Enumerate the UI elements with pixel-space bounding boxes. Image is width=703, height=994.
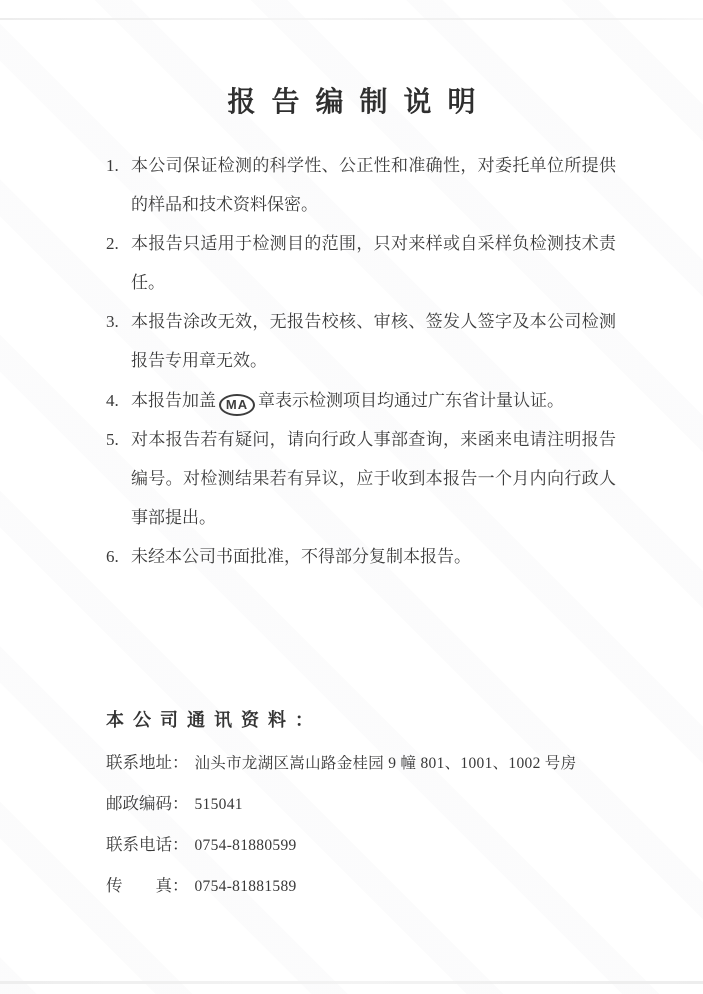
contact-label: 邮政编码： — [106, 790, 189, 814]
contact-label: 联系地址： — [106, 749, 189, 773]
note-text: 本报告涂改无效，无报告校核、审核、签发人签字及本公司检测报告专用章无效。 — [131, 302, 616, 380]
note-item-4: 4. 本报告加盖MA章表示检测项目均通过广东省计量认证。 — [106, 381, 616, 420]
note-number: 6. — [106, 537, 131, 576]
note-item-3: 3. 本报告涂改无效，无报告校核、审核、签发人签字及本公司检测报告专用章无效。 — [106, 302, 616, 380]
note-text: 本报告只适用于检测目的范围，只对来样或自采样负检测技术责任。 — [131, 224, 616, 302]
note-item-6: 6. 未经本公司书面批准，不得部分复制本报告。 — [106, 537, 616, 576]
cma-certification-mark: MA — [219, 394, 255, 416]
notes-list: 1. 本公司保证检测的科学性、公正性和准确性，对委托单位所提供的样品和技术资料保… — [106, 146, 616, 576]
note-item-5: 5. 对本报告若有疑问，请向行政人事部查询，来函来电请注明报告编号。对检测结果若… — [106, 420, 616, 537]
note-number: 1. — [106, 146, 131, 185]
note-text: 未经本公司书面批准，不得部分复制本报告。 — [131, 537, 616, 576]
contact-row-postcode: 邮政编码： 515041 — [106, 790, 646, 814]
note-number: 4. — [106, 381, 131, 420]
document-page: 报告编制说明 1. 本公司保证检测的科学性、公正性和准确性，对委托单位所提供的样… — [0, 0, 703, 994]
contact-label: 联系电话： — [106, 831, 189, 855]
note-text: 本报告加盖MA章表示检测项目均通过广东省计量认证。 — [131, 381, 616, 420]
contact-row-phone: 联系电话： 0754-81880599 — [106, 831, 646, 855]
contact-value: 0754-81881589 — [195, 878, 297, 896]
contact-value: 0754-81880599 — [195, 837, 297, 855]
contact-row-address: 联系地址： 汕头市龙湖区嵩山路金桂园 9 幢 801、1001、1002 号房 — [106, 749, 646, 773]
note-text: 对本报告若有疑问，请向行政人事部查询，来函来电请注明报告编号。对检测结果若有异议… — [131, 420, 616, 537]
contact-value: 515041 — [195, 796, 243, 814]
scan-edge-top — [0, 18, 703, 20]
note-text-before-mark: 本报告加盖 — [131, 391, 216, 410]
note-text: 本公司保证检测的科学性、公正性和准确性，对委托单位所提供的样品和技术资料保密。 — [131, 146, 616, 224]
note-number: 2. — [106, 224, 131, 263]
note-item-2: 2. 本报告只适用于检测目的范围，只对来样或自采样负检测技术责任。 — [106, 224, 616, 302]
note-text-after-mark: 章表示检测项目均通过广东省计量认证。 — [258, 391, 564, 410]
contact-label: 传 真： — [106, 872, 189, 896]
contact-row-fax: 传 真： 0754-81881589 — [106, 872, 646, 896]
page-title: 报告编制说明 — [0, 80, 703, 120]
contact-value: 汕头市龙湖区嵩山路金桂园 9 幢 801、1001、1002 号房 — [195, 751, 577, 773]
contact-section: 本公司通讯资料： 联系地址： 汕头市龙湖区嵩山路金桂园 9 幢 801、1001… — [106, 706, 646, 913]
note-item-1: 1. 本公司保证检测的科学性、公正性和准确性，对委托单位所提供的样品和技术资料保… — [106, 146, 616, 224]
note-number: 5. — [106, 420, 131, 459]
scan-edge-bottom — [0, 981, 703, 984]
contact-heading: 本公司通讯资料： — [106, 706, 646, 732]
note-number: 3. — [106, 302, 131, 341]
